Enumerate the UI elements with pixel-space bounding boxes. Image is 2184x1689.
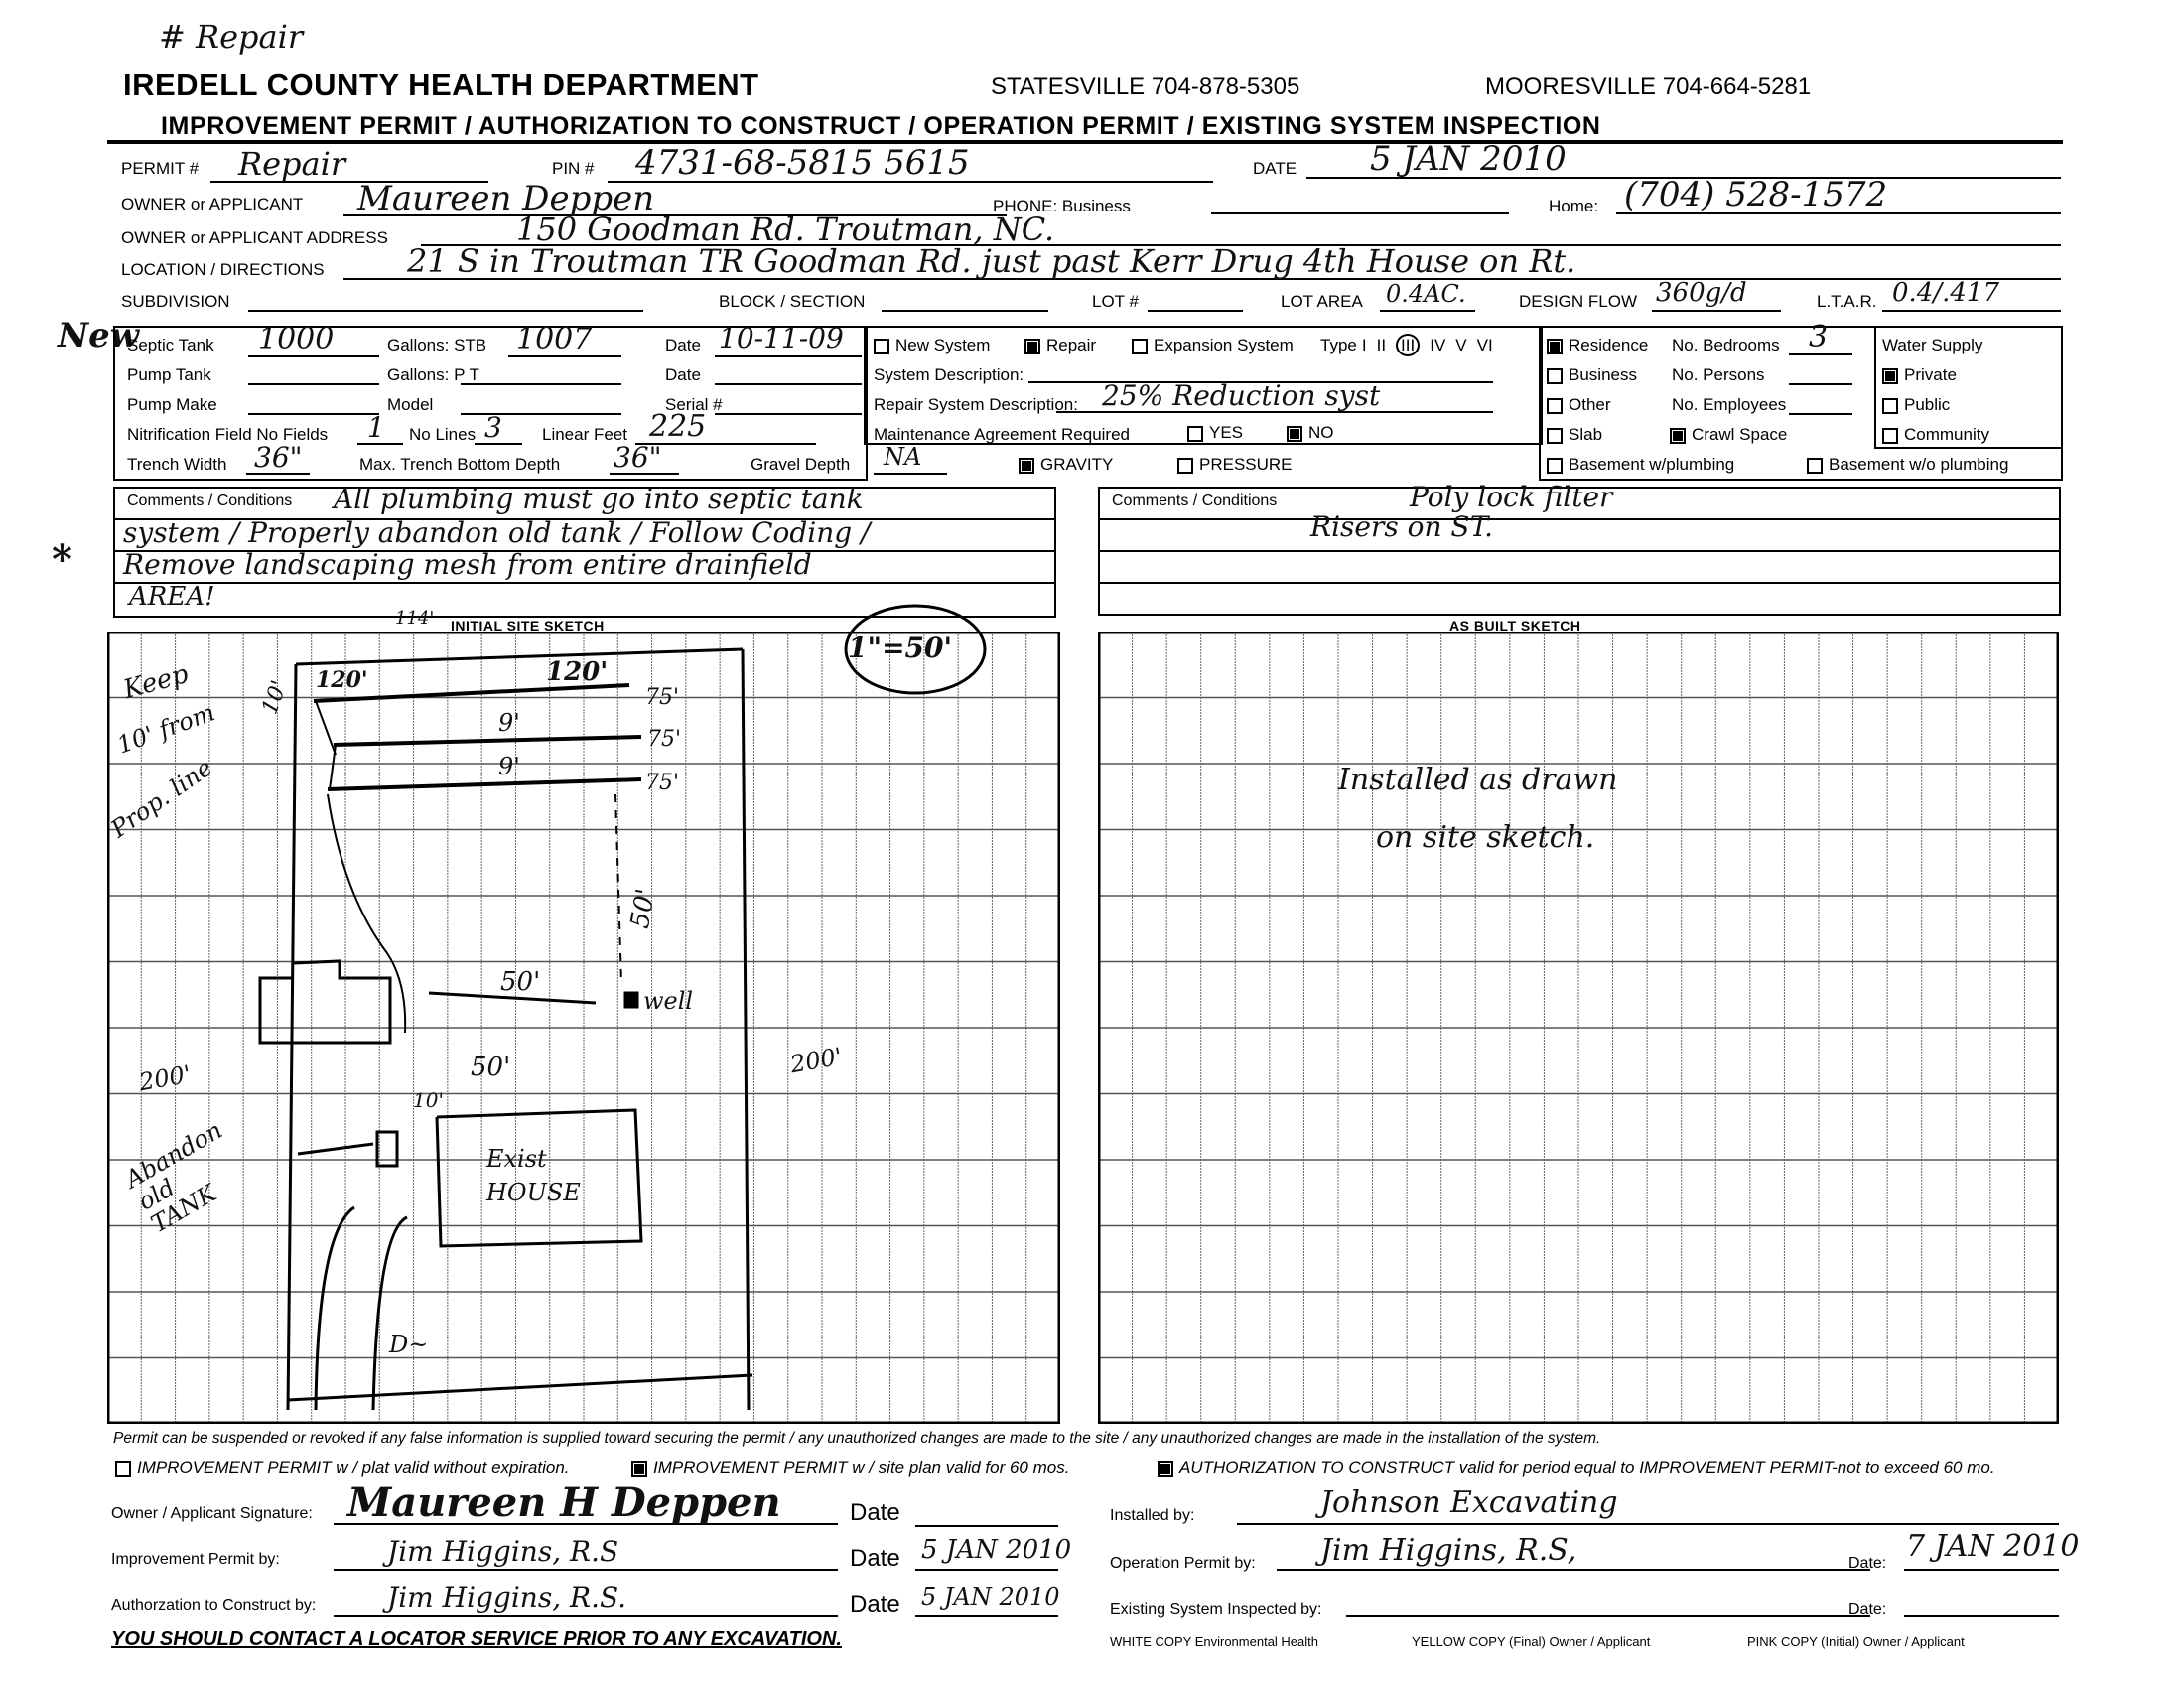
septic-tank-label: Septic Tank xyxy=(127,336,214,355)
home-phone-label: Home: xyxy=(1549,197,1598,216)
residence-checkbox[interactable]: Residence xyxy=(1547,336,1648,355)
residence-label: Residence xyxy=(1569,336,1648,354)
owner-date-label: Date xyxy=(850,1499,900,1527)
comments-right-label: Comments / Conditions xyxy=(1112,493,1277,510)
star-side-note: * xyxy=(52,536,72,583)
checkbox-icon xyxy=(1882,428,1898,444)
bedrooms-field[interactable]: 3 xyxy=(1809,320,1828,354)
scale-note: 1"=50' xyxy=(848,632,952,664)
op-date-label: Date: xyxy=(1848,1555,1886,1573)
comment-left-line-1[interactable]: All plumbing must go into septic tank xyxy=(334,483,864,515)
initial-site-sketch-grid[interactable] xyxy=(107,632,1060,1424)
system-desc-label: System Description: xyxy=(874,365,1024,385)
75-b-note: 75' xyxy=(647,727,681,752)
atc-label: AUTHORIZATION TO CONSTRUCT valid for per… xyxy=(1179,1458,1995,1477)
yellow-copy-note: YELLOW COPY (Final) Owner / Applicant xyxy=(1412,1634,1650,1649)
community-label: Community xyxy=(1904,425,1989,444)
pump-date-label: Date xyxy=(665,365,701,385)
installed-by-label: Installed by: xyxy=(1110,1507,1194,1525)
linear-feet-field[interactable]: 225 xyxy=(649,409,706,444)
slab-label: Slab xyxy=(1569,425,1602,444)
ip-plat-label: IMPROVEMENT PERMIT w / plat valid withou… xyxy=(137,1458,570,1477)
header-rule xyxy=(107,140,2063,144)
as-built-note-line-2: on site sketch. xyxy=(1376,820,1594,855)
max-depth-label: Max. Trench Bottom Depth xyxy=(359,455,560,475)
checkbox-icon xyxy=(115,1461,131,1477)
10-b-note: 10' xyxy=(413,1088,444,1112)
checkbox-icon xyxy=(1807,458,1823,474)
gravel-depth-field[interactable]: NA xyxy=(884,443,921,471)
50-c-note: 50' xyxy=(471,1053,510,1082)
atc-by-field[interactable]: Jim Higgins, R.S. xyxy=(387,1581,626,1614)
75-c-note: 75' xyxy=(645,771,679,795)
ip-site-plan-label: IMPROVEMENT PERMIT w / site plan valid f… xyxy=(653,1458,1069,1477)
type-option[interactable]: III xyxy=(1396,334,1420,356)
exist-house-note: Exist HOUSE xyxy=(486,1142,556,1209)
date-label: DATE xyxy=(1253,159,1297,179)
max-depth-field[interactable]: 36" xyxy=(614,441,662,474)
private-label: Private xyxy=(1904,365,1957,384)
revocation-warning: Permit can be suspended or revoked if an… xyxy=(113,1430,1600,1448)
as-built-note-line-1: Installed as drawn xyxy=(1338,763,1617,797)
maintenance-label: Maintenance Agreement Required xyxy=(874,425,1130,445)
comment-left-line-2[interactable]: system / Properly abandon old tank / Fol… xyxy=(123,516,871,549)
checkbox-icon xyxy=(1547,458,1563,474)
checkbox-icon xyxy=(1019,458,1034,474)
type-option[interactable]: IV xyxy=(1430,336,1445,354)
block-label: BLOCK / SECTION xyxy=(719,292,865,312)
owner-signature-label: Owner / Applicant Signature: xyxy=(111,1505,313,1523)
pressure-checkbox[interactable]: PRESSURE xyxy=(1177,455,1293,475)
repair-checkbox[interactable]: Repair xyxy=(1024,336,1096,355)
type-label: Type xyxy=(1320,336,1357,354)
9-b-note: 9' xyxy=(498,753,520,780)
no-fields-field[interactable]: 1 xyxy=(367,411,385,444)
as-built-sketch-grid[interactable] xyxy=(1098,632,2059,1424)
no-lines-label: No Lines xyxy=(409,425,476,445)
address-label: OWNER or APPLICANT ADDRESS xyxy=(121,228,388,248)
trench-width-label: Trench Width xyxy=(127,455,226,475)
maintenance-yes-checkbox[interactable]: YES xyxy=(1187,423,1243,443)
new-system-label: New System xyxy=(895,336,990,354)
type-option[interactable]: II xyxy=(1377,336,1386,354)
tank-date-field[interactable]: 10-11-09 xyxy=(719,322,844,354)
subdivision-label: SUBDIVISION xyxy=(121,292,230,312)
employees-label: No. Employees xyxy=(1672,395,1786,415)
yes-label: YES xyxy=(1209,423,1243,442)
statesville-phone: STATESVILLE 704-878-5305 xyxy=(991,73,1299,101)
location-field[interactable]: 21 S in Troutman TR Goodman Rd. just pas… xyxy=(407,242,1575,280)
esi-date-label: Date: xyxy=(1848,1601,1886,1619)
public-label: Public xyxy=(1904,395,1950,414)
checkbox-icon xyxy=(1287,426,1302,442)
permit-label: PERMIT # xyxy=(121,159,199,179)
septic-tank-field[interactable]: 1000 xyxy=(258,322,334,356)
design-flow-field[interactable]: 360g/d xyxy=(1656,278,1747,308)
type-option[interactable]: V xyxy=(1455,336,1466,354)
atc-date-label: Date xyxy=(850,1591,900,1619)
75-a-note: 75' xyxy=(645,685,679,710)
public-checkbox[interactable]: Public xyxy=(1882,395,1950,415)
trench-width-field[interactable]: 36" xyxy=(254,441,303,474)
bedrooms-label: No. Bedrooms xyxy=(1672,336,1780,355)
model-label: Model xyxy=(387,395,433,415)
lot-label: LOT # xyxy=(1092,292,1139,312)
ip-date-field[interactable]: 5 JAN 2010 xyxy=(921,1535,1071,1565)
checkbox-icon xyxy=(1158,1461,1173,1477)
type-option[interactable]: I xyxy=(1362,336,1367,354)
date-field[interactable]: 5 JAN 2010 xyxy=(1370,139,1567,179)
repair-label: Repair xyxy=(1046,336,1096,354)
checkbox-icon xyxy=(1547,428,1563,444)
atc-checkbox[interactable]: AUTHORIZATION TO CONSTRUCT valid for per… xyxy=(1158,1458,1995,1478)
op-by-field[interactable]: Jim Higgins, R.S, xyxy=(1320,1533,1576,1568)
pink-copy-note: PINK COPY (Initial) Owner / Applicant xyxy=(1747,1634,1965,1649)
permit-field[interactable]: Repair xyxy=(238,145,345,183)
atc-by-label: Authorzation to Construct by: xyxy=(111,1597,316,1615)
slab-checkbox[interactable]: Slab xyxy=(1547,425,1602,445)
basement-wo-checkbox[interactable]: Basement w/o plumbing xyxy=(1807,455,2008,475)
type-option[interactable]: VI xyxy=(1477,336,1493,354)
ltar-field[interactable]: 0.4/.417 xyxy=(1892,278,1999,308)
gravel-depth-label: Gravel Depth xyxy=(751,455,850,475)
private-checkbox[interactable]: Private xyxy=(1882,365,1957,385)
pump-make-label: Pump Make xyxy=(127,395,217,415)
pump-tank-label: Pump Tank xyxy=(127,365,211,385)
op-by-label: Operation Permit by: xyxy=(1110,1555,1256,1573)
9-a-note: 9' xyxy=(498,709,520,737)
water-supply-label: Water Supply xyxy=(1882,336,1982,355)
pressure-label: PRESSURE xyxy=(1199,455,1293,474)
stb-field[interactable]: 1007 xyxy=(516,322,592,356)
checkbox-icon xyxy=(1132,339,1148,354)
repair-desc-label: Repair System Description: xyxy=(874,395,1078,415)
checkbox-icon xyxy=(1547,339,1563,354)
checkbox-icon xyxy=(1882,398,1898,414)
pin-field[interactable]: 4731-68-5815 5615 xyxy=(635,143,970,183)
location-label: LOCATION / DIRECTIONS xyxy=(121,260,325,280)
repair-desc-field[interactable]: 25% Reduction syst xyxy=(1102,379,1380,412)
checkbox-icon xyxy=(874,339,889,354)
expansion-label: Expansion System xyxy=(1154,336,1294,354)
home-phone-field[interactable]: (704) 528-1572 xyxy=(1624,175,1887,214)
ip-site-plan-checkbox[interactable]: IMPROVEMENT PERMIT w / site plan valid f… xyxy=(631,1458,1069,1478)
checkbox-icon xyxy=(1670,428,1686,444)
no-label: NO xyxy=(1308,423,1334,442)
lot-area-label: LOT AREA xyxy=(1281,292,1363,312)
type-selector[interactable]: TypeIIIIIIIVVVI xyxy=(1320,336,1498,355)
mooresville-phone: MOORESVILLE 704-664-5281 xyxy=(1485,73,1811,101)
installed-by-field[interactable]: Johnson Excavating xyxy=(1320,1485,1618,1520)
business-checkbox[interactable]: Business xyxy=(1547,365,1637,385)
op-date-field[interactable]: 7 JAN 2010 xyxy=(1906,1529,2079,1564)
type-options[interactable]: IIIIIIIVVVI xyxy=(1357,336,1498,354)
gravity-checkbox[interactable]: GRAVITY xyxy=(1019,455,1113,475)
ltar-label: L.T.A.R. xyxy=(1817,292,1876,312)
tank-date-label: Date xyxy=(665,336,701,355)
comment-left-line-4[interactable]: AREA! xyxy=(129,582,215,612)
form-subtitle: IMPROVEMENT PERMIT / AUTHORIZATION TO CO… xyxy=(161,112,1601,141)
checkbox-icon xyxy=(1882,368,1898,384)
owner-label: OWNER or APPLICANT xyxy=(121,195,303,214)
sketch-title-note: 114' xyxy=(395,608,434,629)
comment-right-line-1[interactable]: Poly lock filter xyxy=(1410,481,1612,513)
no-lines-field[interactable]: 3 xyxy=(484,411,502,444)
gallons-stb-label: Gallons: STB xyxy=(387,336,486,355)
50-b-note: 50' xyxy=(500,967,540,997)
crawl-space-label: Crawl Space xyxy=(1692,425,1787,444)
basement-wo-label: Basement w/o plumbing xyxy=(1829,455,2008,474)
persons-label: No. Persons xyxy=(1672,365,1765,385)
gallons-pt-label: Gallons: P T xyxy=(387,365,479,385)
checkbox-icon xyxy=(631,1461,647,1477)
lot-area-field[interactable]: 0.4AC. xyxy=(1386,280,1466,308)
basement-w-checkbox[interactable]: Basement w/plumbing xyxy=(1547,455,1734,475)
top-handwritten-note: # Repair xyxy=(159,18,303,56)
120-b-note: 120' xyxy=(546,657,608,687)
expansion-checkbox[interactable]: Expansion System xyxy=(1132,336,1294,355)
atc-date-field[interactable]: 5 JAN 2010 xyxy=(921,1583,1060,1611)
checkbox-icon xyxy=(1547,398,1563,414)
community-checkbox[interactable]: Community xyxy=(1882,425,1989,445)
locator-warning: YOU SHOULD CONTACT A LOCATOR SERVICE PRI… xyxy=(111,1628,842,1651)
ip-date-label: Date xyxy=(850,1545,900,1573)
other-label: Other xyxy=(1569,395,1611,414)
driveway-note: D~ xyxy=(389,1331,428,1358)
white-copy-note: WHITE COPY Environmental Health xyxy=(1110,1634,1318,1649)
checkbox-icon xyxy=(1177,458,1193,474)
checkbox-icon xyxy=(1547,368,1563,384)
department-title: IREDELL COUNTY HEALTH DEPARTMENT xyxy=(123,68,759,103)
basement-w-label: Basement w/plumbing xyxy=(1569,455,1734,474)
ip-plat-checkbox[interactable]: IMPROVEMENT PERMIT w / plat valid withou… xyxy=(115,1458,570,1478)
ip-by-label: Improvement Permit by: xyxy=(111,1551,280,1569)
maintenance-no-checkbox[interactable]: NO xyxy=(1287,423,1334,443)
checkbox-icon xyxy=(1024,339,1040,354)
other-checkbox[interactable]: Other xyxy=(1547,395,1611,415)
gravity-label: GRAVITY xyxy=(1040,455,1113,474)
business-label: Business xyxy=(1569,365,1637,384)
crawl-space-checkbox[interactable]: Crawl Space xyxy=(1670,425,1787,445)
new-system-checkbox[interactable]: New System xyxy=(874,336,990,355)
design-flow-label: DESIGN FLOW xyxy=(1519,292,1637,312)
well-note: well xyxy=(643,987,693,1015)
owner-signature-field[interactable]: Maureen H Deppen xyxy=(347,1479,781,1526)
pin-label: PIN # xyxy=(552,159,595,179)
comments-left-label: Comments / Conditions xyxy=(127,493,292,510)
120-a-note: 120' xyxy=(316,667,368,693)
comment-right-line-2[interactable]: Risers on ST. xyxy=(1310,510,1493,543)
comment-left-line-3[interactable]: Remove landscaping mesh from entire drai… xyxy=(123,548,812,581)
checkbox-icon xyxy=(1187,426,1203,442)
esi-label: Existing System Inspected by: xyxy=(1110,1601,1321,1619)
ip-by-field[interactable]: Jim Higgins, R.S xyxy=(387,1535,618,1568)
